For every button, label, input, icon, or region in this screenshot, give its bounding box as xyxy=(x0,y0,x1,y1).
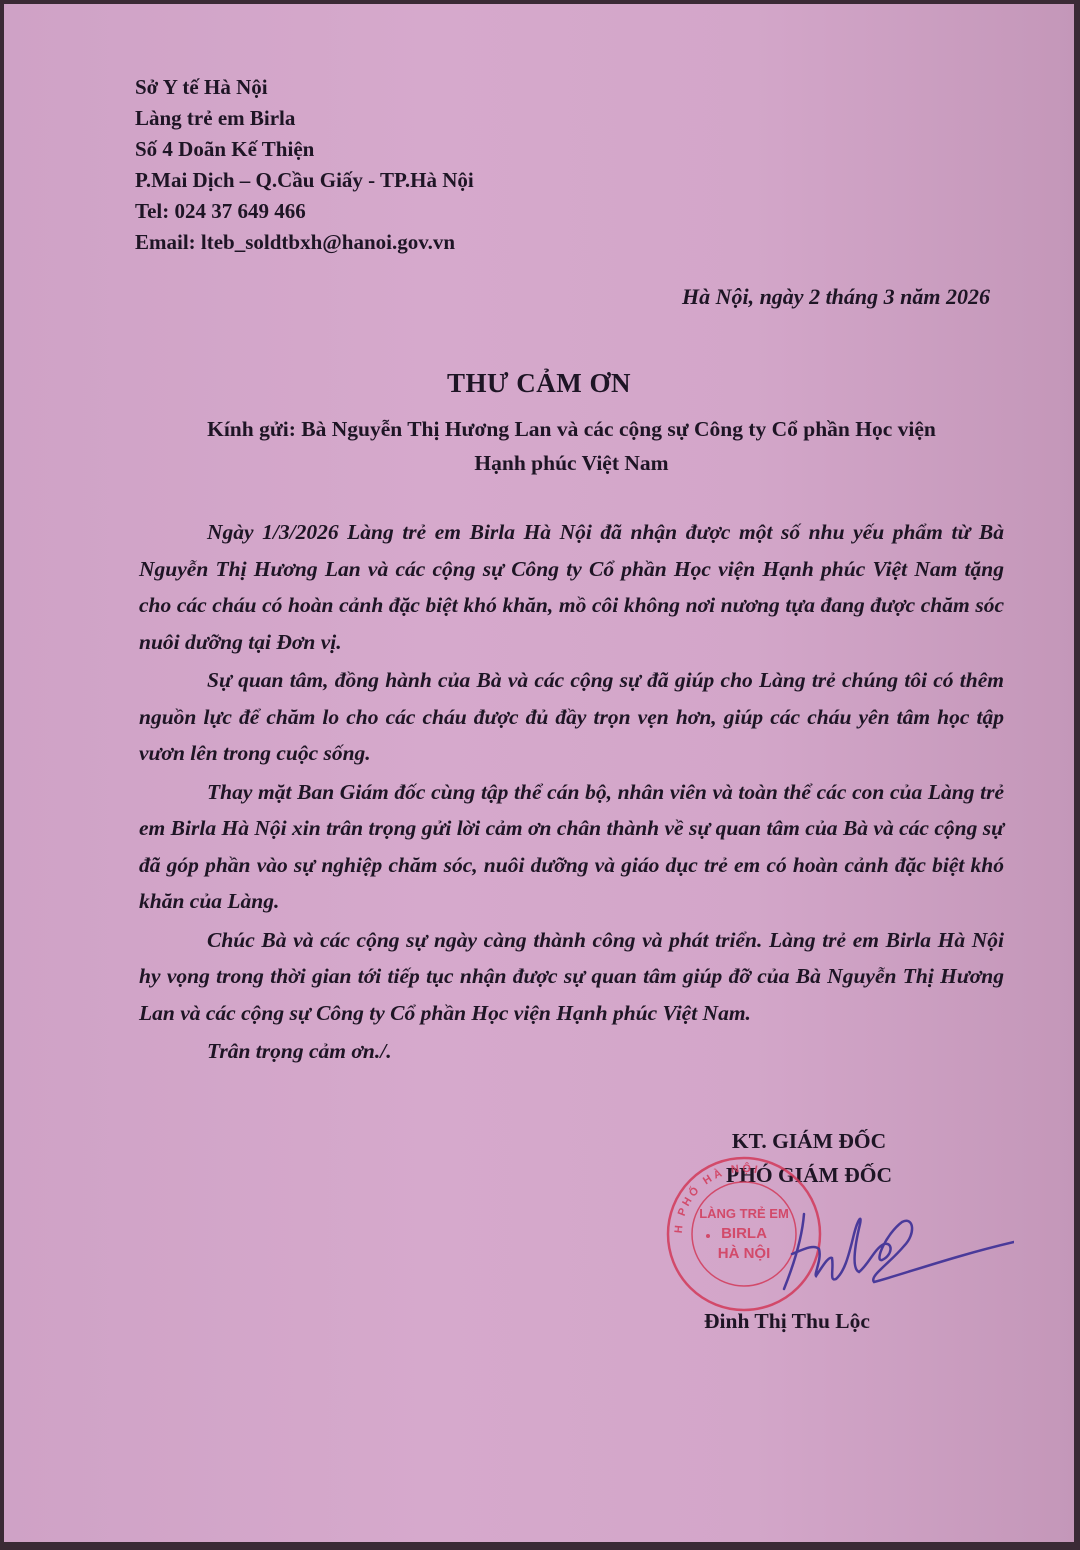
letter-body: Ngày 1/3/2026 Làng trẻ em Birla Hà Nội đ… xyxy=(139,514,1004,1070)
sender-address-block: Sở Y tế Hà Nội Làng trẻ em Birla Số 4 Do… xyxy=(135,72,474,258)
svg-text:HÀ NỘI: HÀ NỘI xyxy=(718,1244,771,1262)
recipient-line-2: Hạnh phúc Việt Nam xyxy=(139,446,1004,480)
recipient-line-1: Kính gửi: Bà Nguyễn Thị Hương Lan và các… xyxy=(139,412,1004,446)
sender-line-email: Email: lteb_soldtbxh@hanoi.gov.vn xyxy=(135,227,474,258)
letter-title: THƯ CẢM ƠN xyxy=(4,368,1074,399)
sender-line-phone: Tel: 024 37 649 466 xyxy=(135,196,474,227)
signatory-title-1: KT. GIÁM ĐỐC xyxy=(664,1124,954,1158)
body-paragraph: Chúc Bà và các cộng sự ngày càng thành c… xyxy=(139,922,1004,1032)
sender-line-district: P.Mai Dịch – Q.Cầu Giấy - TP.Hà Nội xyxy=(135,165,474,196)
sender-line-organization: Làng trẻ em Birla xyxy=(135,103,474,134)
signatory-name: Đinh Thị Thu Lộc xyxy=(704,1309,870,1334)
handwritten-signature-icon xyxy=(774,1194,1014,1304)
closing-line: Trân trọng cảm ơn./. xyxy=(139,1033,1004,1070)
letter-date: Hà Nội, ngày 2 tháng 3 năm 2026 xyxy=(682,284,990,310)
sender-line-department: Sở Y tế Hà Nội xyxy=(135,72,474,103)
svg-text:BIRLA: BIRLA xyxy=(721,1225,767,1242)
letter-page: Sở Y tế Hà Nội Làng trẻ em Birla Số 4 Do… xyxy=(4,4,1074,1542)
page-edge-shadow xyxy=(0,1542,1080,1550)
body-paragraph: Sự quan tâm, đồng hành của Bà và các cộn… xyxy=(139,662,1004,772)
body-paragraph: Thay mặt Ban Giám đốc cùng tập thể cán b… xyxy=(139,774,1004,920)
body-paragraph: Ngày 1/3/2026 Làng trẻ em Birla Hà Nội đ… xyxy=(139,514,1004,660)
sender-line-street: Số 4 Doãn Kế Thiện xyxy=(135,134,474,165)
recipient-block: Kính gửi: Bà Nguyễn Thị Hương Lan và các… xyxy=(139,412,1004,480)
